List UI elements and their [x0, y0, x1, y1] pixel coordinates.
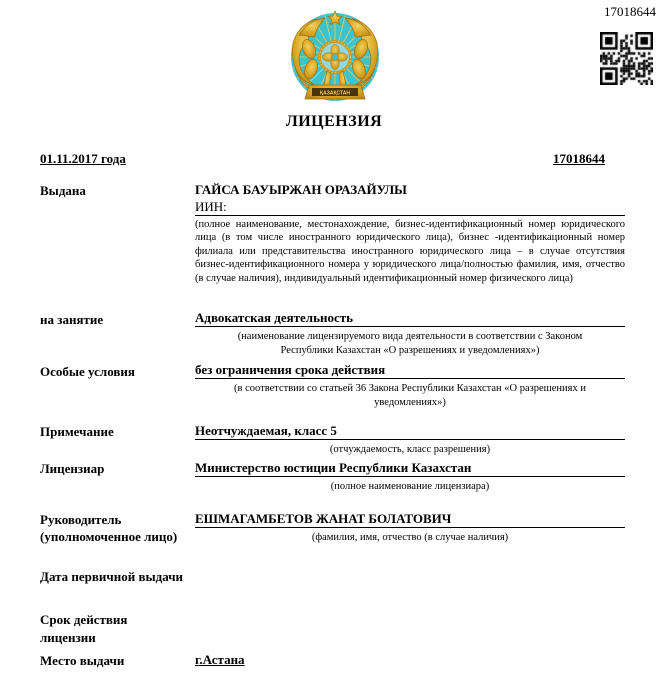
field-hint-licensor: (полное наименование лицензиара) [195, 480, 625, 494]
emblem-banner-text: ҚАЗАҚСТАН [320, 90, 350, 96]
issue-date: 01.11.2017 года [40, 151, 126, 167]
field-label-licensor: Лицензиар [40, 460, 190, 477]
qr-code-icon [600, 32, 653, 85]
field-hint-note: (отчуждаемость, класс разрешения) [195, 443, 625, 457]
field-value-head: ЕШМАГАМБЕТОВ ЖАНАТ БОЛАТОВИЧ [195, 511, 625, 528]
field-hint-special-conditions: (в соответствии со статьей 36 Закона Рес… [195, 382, 625, 410]
field-value-issue-place: г.Астана [195, 652, 625, 668]
field-value-iin: ИИН: [195, 199, 625, 216]
field-value-special-conditions: без ограничения срока действия [195, 362, 625, 379]
field-hint-issued: (полное наименование, местонахождение, б… [195, 218, 625, 285]
field-label-head-line1: Руководитель [40, 512, 121, 527]
field-label-first-issue-date: Дата первичной выдачи [40, 568, 260, 585]
document-number-top: 17018644 [604, 4, 656, 20]
field-label-validity: Срок действия лицензии [40, 611, 190, 647]
field-label-issued: Выдана [40, 182, 190, 199]
field-label-validity-line1: Срок действия [40, 612, 127, 627]
field-label-note: Примечание [40, 423, 190, 440]
field-label-special-conditions: Особые условия [40, 363, 190, 380]
field-label-head: Руководитель (уполномоченное лицо) [40, 511, 190, 545]
field-hint-activity: (наименование лицензируемого вида деятел… [195, 330, 625, 358]
field-value-issued-name: ГАЙСА БАУЫРЖАН ОРАЗАЙУЛЫ [195, 182, 625, 198]
field-value-note: Неотчуждаемая, класс 5 [195, 423, 625, 440]
kazakhstan-emblem-icon: ҚАЗАҚСТАН [279, 9, 391, 105]
field-label-issue-place: Место выдачи [40, 652, 190, 669]
field-label-head-line2: (уполномоченное лицо) [40, 529, 177, 544]
license-document: 17018644 [0, 0, 668, 681]
field-value-activity: Адвокатская деятельность [195, 310, 625, 327]
field-hint-head: (фамилия, имя, отчество (в случае наличи… [195, 531, 625, 545]
document-title: ЛИЦЕНЗИЯ [0, 113, 668, 131]
license-number: 17018644 [553, 151, 605, 167]
field-label-activity: на занятие [40, 311, 190, 328]
field-label-validity-line2: лицензии [40, 630, 96, 645]
field-value-licensor: Министерство юстиции Республики Казахста… [195, 460, 625, 477]
